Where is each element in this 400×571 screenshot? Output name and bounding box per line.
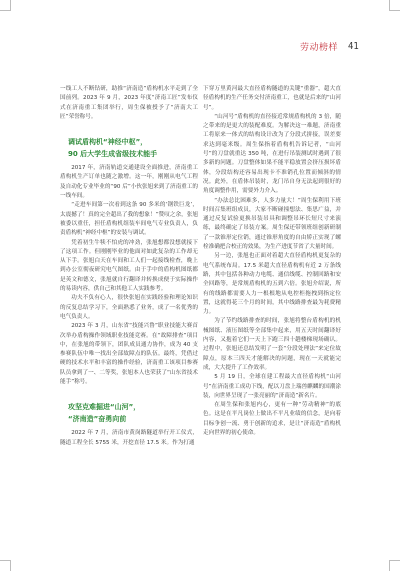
paragraph: “山河号”盾构机的直径接近常规盾构机的 3 倍，随之带来的是更大的装配难度。为解… (203, 113, 341, 197)
heading-line: “济南造”奋勇向前 (68, 415, 126, 423)
paragraph: 为了节约线路排查的时间，张旭将整台盾构机的机械图纸、液压图纸等全部集中起来，用五… (203, 317, 341, 373)
paragraph: 另一边，张旭也正面对着超大直径盾构机更复杂的电气系统布局。17.5 米超大直径盾… (203, 252, 341, 317)
crop-mark-bottom-left (0, 560, 11, 571)
crop-mark-bottom-right (389, 560, 400, 571)
paragraph: 5 月 19 日，全球在建工程最大直径盾构机“山河号”在济南重工成功下线，配以刀… (203, 373, 341, 401)
paragraph: 2022 年 7 月，济南市黄岗路隧道举行开工仪式，隧道工程全长 5755 米，… (60, 429, 198, 448)
heading-line: 90 后大学生成省级技术能手 (68, 150, 157, 158)
crop-mark-top-right (389, 0, 400, 11)
heading-line: 攻坚克难掘进“山河”， (68, 403, 140, 411)
crop-mark-top-left (0, 0, 11, 11)
paragraph: 2017 年，济南轨道交通建设全面推进，济南重工盾构机生产订单也随之激增。这一年… (60, 164, 198, 201)
heading-line: 调试盾构机“神经中枢”， (68, 138, 147, 146)
left-column: 一线工人不断钻研，助推“济南造”盾构机水平走到了全国前列。2023 年 9 月，… (60, 85, 198, 448)
paragraph: 凭着初生牛犊不怕虎的冲劲，张旭想都没想就接下了这项工作。但刚刚毕业的他面对如此复… (60, 239, 198, 295)
paragraph: “走进车间第一次看到这条 90 多米的‘钢铁巨龙’，太震撼了！真的完全超出了我的… (60, 201, 198, 238)
paragraph: 一线工人不断钻研，助推“济南造”盾构机水平走到了全国前列。2023 年 9 月，… (60, 85, 198, 122)
paragraph: 2023 年 3 月，山东省“技能兴鲁”职业技能大赛首次举办盾构操作领域职业技能… (60, 322, 198, 387)
section-title: 劳动榜样 (300, 40, 338, 53)
paragraph: 下穿万里黄河最大直径盾构隧道的关键“重器”，超大直径盾构机的生产任务交付济南重工… (203, 85, 341, 113)
page-header: 劳动榜样 41 (300, 40, 359, 53)
section-heading-2: 攻坚克难掘进“山河”， “济南造”奋勇向前 (60, 401, 198, 425)
right-column: 下穿万里黄河最大直径盾构隧道的关键“重器”，超大直径盾构机的生产任务交付济南重工… (203, 85, 341, 438)
paragraph: “办法总比困难多，人多力量大！”周生保利用下班时间召集班组成员，大家不断碰撞想法… (203, 197, 341, 253)
section-heading-1: 调试盾构机“神经中枢”， 90 后大学生成省级技术能手 (60, 136, 198, 160)
paragraph: 功夫不负有心人，很快张旭在实践经验和理论知识的反复总结学习下，全面熟悉了业务，成… (60, 294, 198, 322)
page-number: 41 (348, 41, 359, 52)
paragraph: 在周生保和张旭内心，更有一种“劳动精神”的底色。这是在平凡岗位上做出不平凡业绩的… (203, 401, 341, 438)
